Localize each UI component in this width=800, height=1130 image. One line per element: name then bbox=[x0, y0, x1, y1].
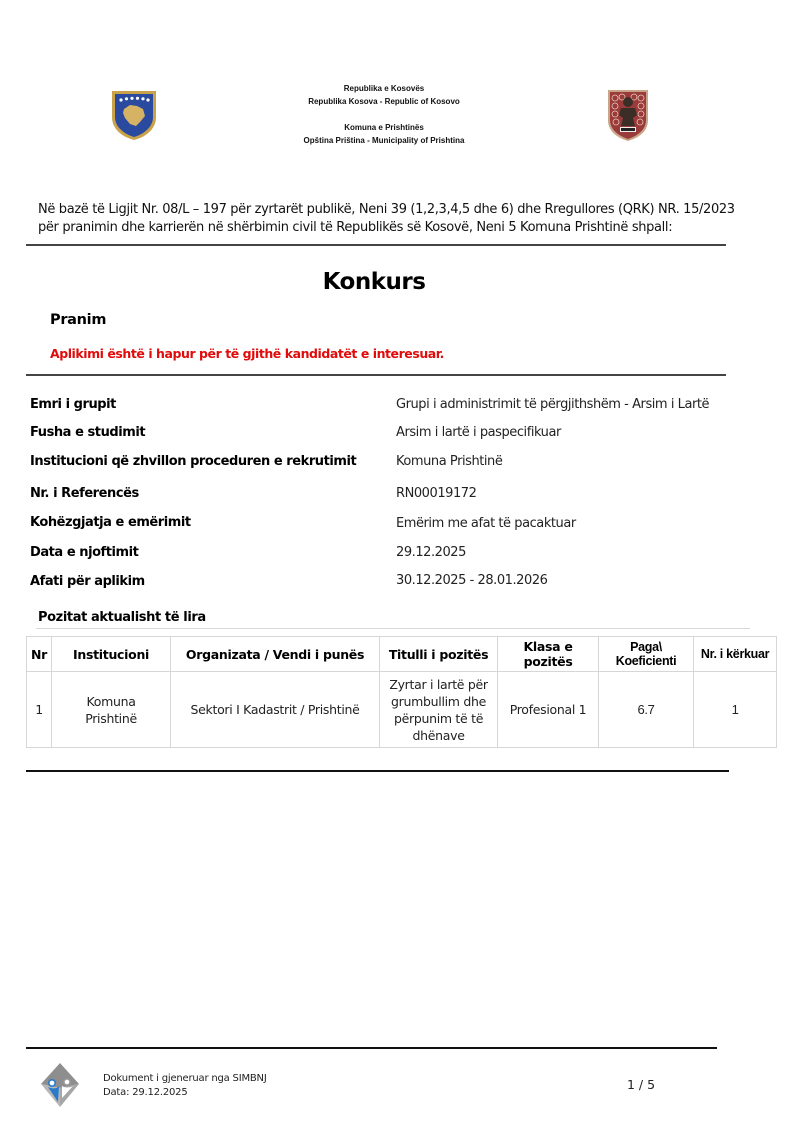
header-municipality-sq: Komuna e Prishtinës bbox=[0, 122, 768, 134]
column-header-nr: Nr bbox=[27, 637, 52, 672]
cell-nr: 1 bbox=[27, 672, 52, 748]
field-value-study-field: Arsim i lartë i paspecifikuar bbox=[396, 425, 561, 440]
divider bbox=[26, 770, 729, 772]
field-value-reference: RN00019172 bbox=[396, 486, 476, 501]
section-underline bbox=[36, 628, 750, 629]
footer-divider bbox=[26, 1047, 717, 1049]
table-row: 1 Komuna Prishtinë Sektori I Kadastrit /… bbox=[27, 672, 777, 748]
column-header-institution: Institucioni bbox=[52, 637, 171, 672]
field-value-group-name: Grupi i administrimit të përgjithshëm - … bbox=[396, 397, 709, 412]
column-header-position-title: Titulli i pozitës bbox=[380, 637, 498, 672]
column-header-required-count: Nr. i kërkuar bbox=[694, 637, 777, 672]
field-label-reference: Nr. i Referencës bbox=[30, 486, 139, 501]
field-label-institution: Institucioni që zhvillon proceduren e re… bbox=[30, 454, 356, 469]
cell-institution: Komuna Prishtinë bbox=[52, 672, 171, 748]
cell-required-count: 1 bbox=[694, 672, 777, 748]
legal-basis-line-1: Në bazë të Ligjit Nr. 08/L – 197 për zyr… bbox=[38, 201, 738, 219]
cell-position-class: Profesional 1 bbox=[498, 672, 599, 748]
field-value-notice-date: 29.12.2025 bbox=[396, 545, 466, 560]
page-title: Konkurs bbox=[0, 269, 748, 295]
field-value-deadline: 30.12.2025 - 28.01.2026 bbox=[396, 573, 547, 588]
footer-date: Data: 29.12.2025 bbox=[103, 1086, 267, 1100]
column-header-salary-coefficient: Paga\ Koeficienti bbox=[599, 637, 694, 672]
field-label-notice-date: Data e njoftimit bbox=[30, 545, 138, 560]
footer-text: Dokument i gjeneruar nga SIMBNJ Data: 29… bbox=[103, 1072, 267, 1100]
column-header-position-class: Klasa e pozitës bbox=[498, 637, 599, 672]
header-republic-multi: Republika Kosova - Republic of Kosovo bbox=[0, 96, 768, 108]
field-label-duration: Kohëzgjatja e emërimit bbox=[30, 515, 191, 530]
column-header-organization: Organizata / Vendi i punës bbox=[171, 637, 380, 672]
positions-section-title: Pozitat aktualisht të lira bbox=[38, 610, 206, 625]
field-label-study-field: Fusha e studimit bbox=[30, 425, 145, 440]
legal-basis-line-2: për pranimin dhe karrierën në shërbimin … bbox=[38, 219, 738, 237]
application-notice: Aplikimi është i hapur për të gjithë kan… bbox=[50, 346, 444, 361]
field-value-duration: Emërim me afat të pacaktuar bbox=[396, 516, 576, 531]
footer-generated-by: Dokument i gjeneruar nga SIMBNJ bbox=[103, 1072, 267, 1086]
divider bbox=[26, 374, 726, 376]
subtitle: Pranim bbox=[50, 312, 106, 328]
header-republic-sq: Republika e Kosovës bbox=[0, 83, 768, 95]
cell-organization: Sektori I Kadastrit / Prishtinë bbox=[171, 672, 380, 748]
cell-salary-coefficient: 6.7 bbox=[599, 672, 694, 748]
field-label-group-name: Emri i grupit bbox=[30, 397, 116, 412]
salary-coefficient-header-text: Paga\ Koeficienti bbox=[616, 640, 677, 668]
positions-table: Nr Institucioni Organizata / Vendi i pun… bbox=[26, 636, 777, 748]
page-number: 1 / 5 bbox=[627, 1077, 655, 1092]
cell-position-title: Zyrtar i lartë për grumbullim dhe përpun… bbox=[380, 672, 498, 748]
field-value-institution: Komuna Prishtinë bbox=[396, 454, 502, 469]
header-municipality-multi: Opština Priština - Municipality of Prish… bbox=[0, 135, 768, 147]
table-header-row: Nr Institucioni Organizata / Vendi i pun… bbox=[27, 637, 777, 672]
prishtina-coat-of-arms-icon bbox=[606, 88, 650, 142]
legal-basis-text: Në bazë të Ligjit Nr. 08/L – 197 për zyr… bbox=[38, 201, 738, 237]
simbnj-logo-icon bbox=[40, 1062, 80, 1108]
field-label-deadline: Afati për aplikim bbox=[30, 574, 145, 589]
divider bbox=[26, 244, 726, 246]
